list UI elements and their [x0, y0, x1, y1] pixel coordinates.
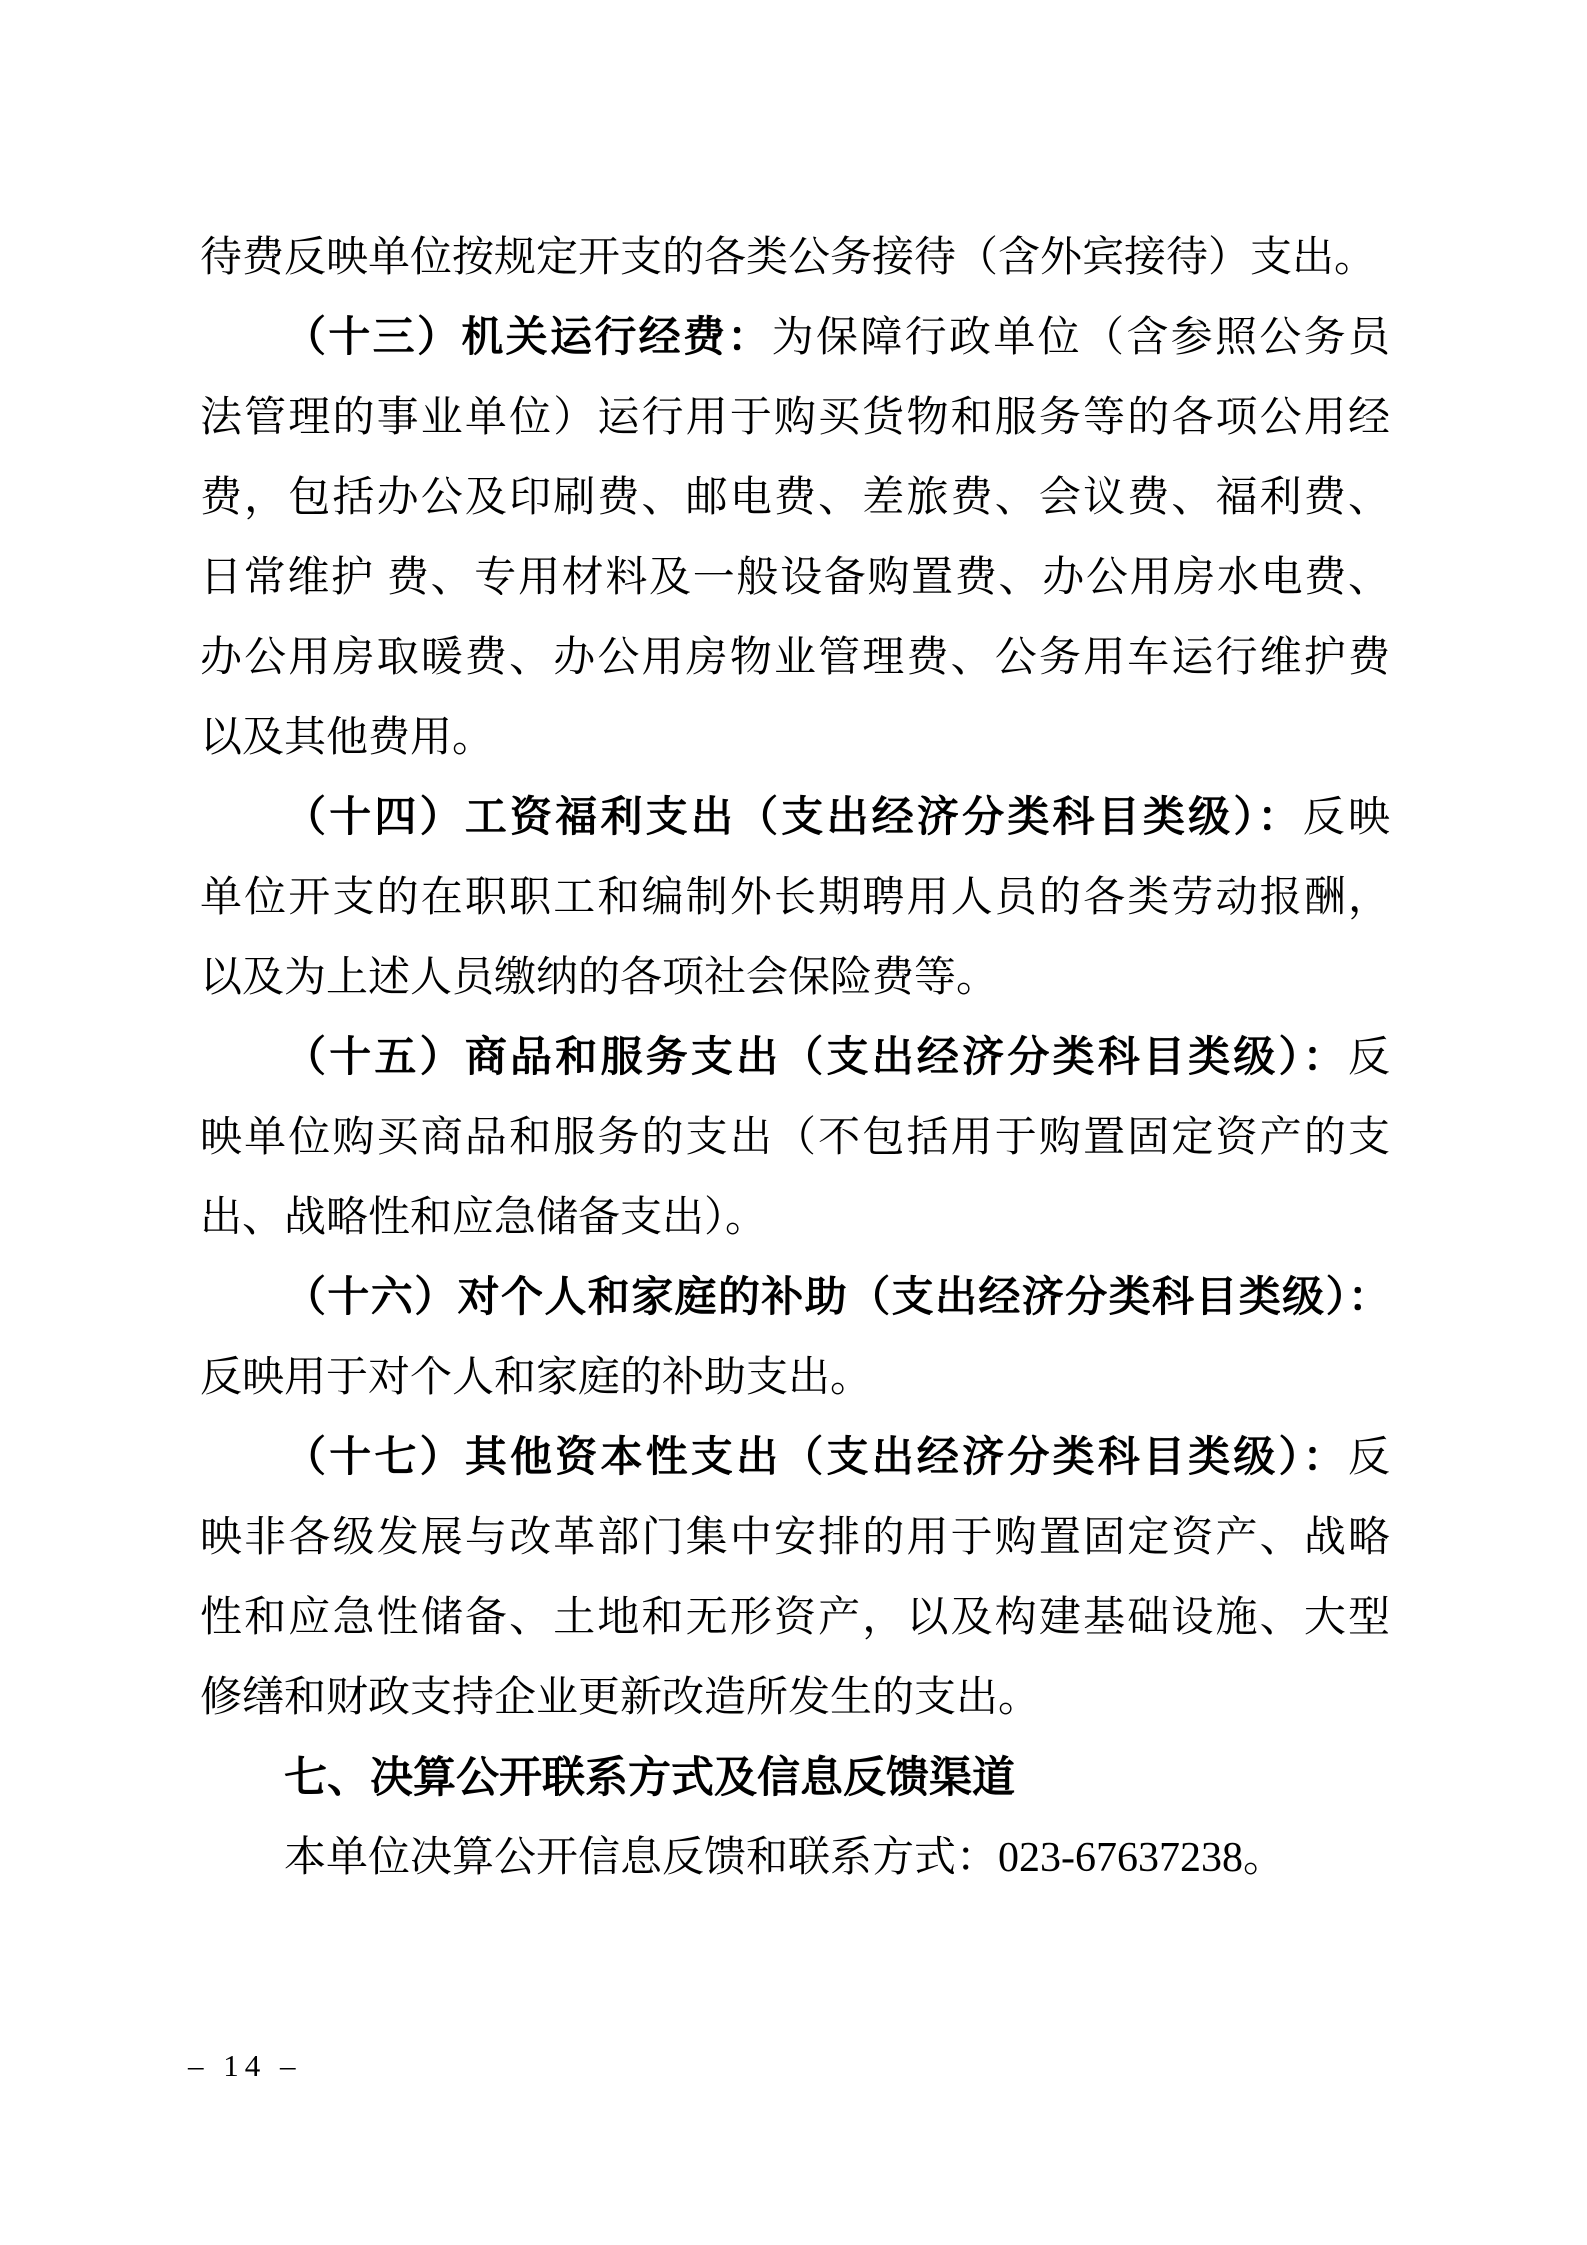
body-text: 反映用于对个人和家庭的补助支出。: [200, 1355, 872, 1401]
text-line: 以及为上述人员缴纳的各项社会保险费等。: [200, 938, 1390, 1018]
body-text: 单位开支的在职职工和编制外长期聘用人员的各类劳动报酬，: [200, 875, 1390, 921]
text-line: （十三）机关运行经费：为保障行政单位（含参照公务员: [200, 298, 1390, 378]
body-text: 费，包括办公及印刷费、邮电费、差旅费、会议费、福利费、: [200, 475, 1390, 521]
body-text: 以及为上述人员缴纳的各项社会保险费等。: [200, 955, 998, 1001]
body-text: 办公用房取暖费、办公用房物业管理费、公务用车运行维护费: [200, 635, 1390, 681]
body-text: 映非各级发展与改革部门集中安排的用于购置固定资产、战略: [200, 1515, 1390, 1561]
text-line: 本单位决算公开信息反馈和联系方式：023-67637238。: [200, 1818, 1390, 1898]
section-heading-text: 七、决算公开联系方式及信息反馈渠道: [284, 1754, 1015, 1802]
text-line: 出、战略性和应急储备支出）。: [200, 1178, 1390, 1258]
text-line: 办公用房取暖费、办公用房物业管理费、公务用车运行维护费: [200, 618, 1390, 698]
page-number: – 14 –: [188, 2046, 1390, 2086]
body-text: 映单位购买商品和服务的支出（不包括用于购置固定资产的支: [200, 1115, 1390, 1161]
text-line: 单位开支的在职职工和编制外长期聘用人员的各类劳动报酬，: [200, 858, 1390, 938]
body-text: 以及其他费用。: [200, 715, 494, 761]
section-heading: 七、决算公开联系方式及信息反馈渠道: [200, 1738, 1390, 1818]
body-text: 为保障行政单位（含参照公务员: [772, 315, 1390, 361]
emphasis-text: （十六）对个人和家庭的补助（支出经济分类科目类级）：: [284, 1275, 1390, 1321]
emphasis-text: （十七）其他资本性支出（支出经济分类科目类级）：: [284, 1435, 1348, 1481]
text-line: 费，包括办公及印刷费、邮电费、差旅费、会议费、福利费、: [200, 458, 1390, 538]
document-page: 待费反映单位按规定开支的各类公务接待（含外宾接待）支出。 （十三）机关运行经费：…: [0, 0, 1587, 2245]
text-line: 性和应急性储备、土地和无形资产，以及构建基础设施、大型: [200, 1578, 1390, 1658]
emphasis-text: （十四）工资福利支出（支出经济分类科目类级）：: [284, 795, 1303, 841]
text-line: 待费反映单位按规定开支的各类公务接待（含外宾接待）支出。: [200, 218, 1390, 298]
body-text: 待费反映单位按规定开支的各类公务接待（含外宾接待）支出。: [200, 235, 1376, 281]
text-line: 反映用于对个人和家庭的补助支出。: [200, 1338, 1390, 1418]
body-text: 日常维护 费、专用材料及一般设备购置费、办公用房水电费、: [200, 555, 1390, 601]
text-line: 映单位购买商品和服务的支出（不包括用于购置固定资产的支: [200, 1098, 1390, 1178]
body-text: 反: [1348, 1435, 1390, 1481]
text-line: 映非各级发展与改革部门集中安排的用于购置固定资产、战略: [200, 1498, 1390, 1578]
text-line: 修缮和财政支持企业更新改造所发生的支出。: [200, 1658, 1390, 1738]
body-text: 法管理的事业单位）运行用于购买货物和服务等的各项公用经: [200, 395, 1390, 441]
contact-info-text: 本单位决算公开信息反馈和联系方式：023-67637238。: [284, 1835, 1285, 1881]
text-line: （十五）商品和服务支出（支出经济分类科目类级）：反: [200, 1018, 1390, 1098]
text-line: （十四）工资福利支出（支出经济分类科目类级）：反映: [200, 778, 1390, 858]
emphasis-text: （十五）商品和服务支出（支出经济分类科目类级）：: [284, 1035, 1348, 1081]
document-body: 待费反映单位按规定开支的各类公务接待（含外宾接待）支出。 （十三）机关运行经费：…: [200, 218, 1390, 1898]
body-text: 修缮和财政支持企业更新改造所发生的支出。: [200, 1675, 1040, 1721]
text-line: （十七）其他资本性支出（支出经济分类科目类级）：反: [200, 1418, 1390, 1498]
body-text: 出、战略性和应急储备支出）。: [200, 1195, 767, 1241]
body-text: 反映: [1303, 795, 1390, 841]
emphasis-text: （十三）机关运行经费：: [284, 315, 772, 361]
body-text: 反: [1348, 1035, 1390, 1081]
body-text: 性和应急性储备、土地和无形资产，以及构建基础设施、大型: [200, 1595, 1390, 1641]
text-line: （十六）对个人和家庭的补助（支出经济分类科目类级）：: [200, 1258, 1390, 1338]
text-line: 法管理的事业单位）运行用于购买货物和服务等的各项公用经: [200, 378, 1390, 458]
text-line: 以及其他费用。: [200, 698, 1390, 778]
text-line: 日常维护 费、专用材料及一般设备购置费、办公用房水电费、: [200, 538, 1390, 618]
